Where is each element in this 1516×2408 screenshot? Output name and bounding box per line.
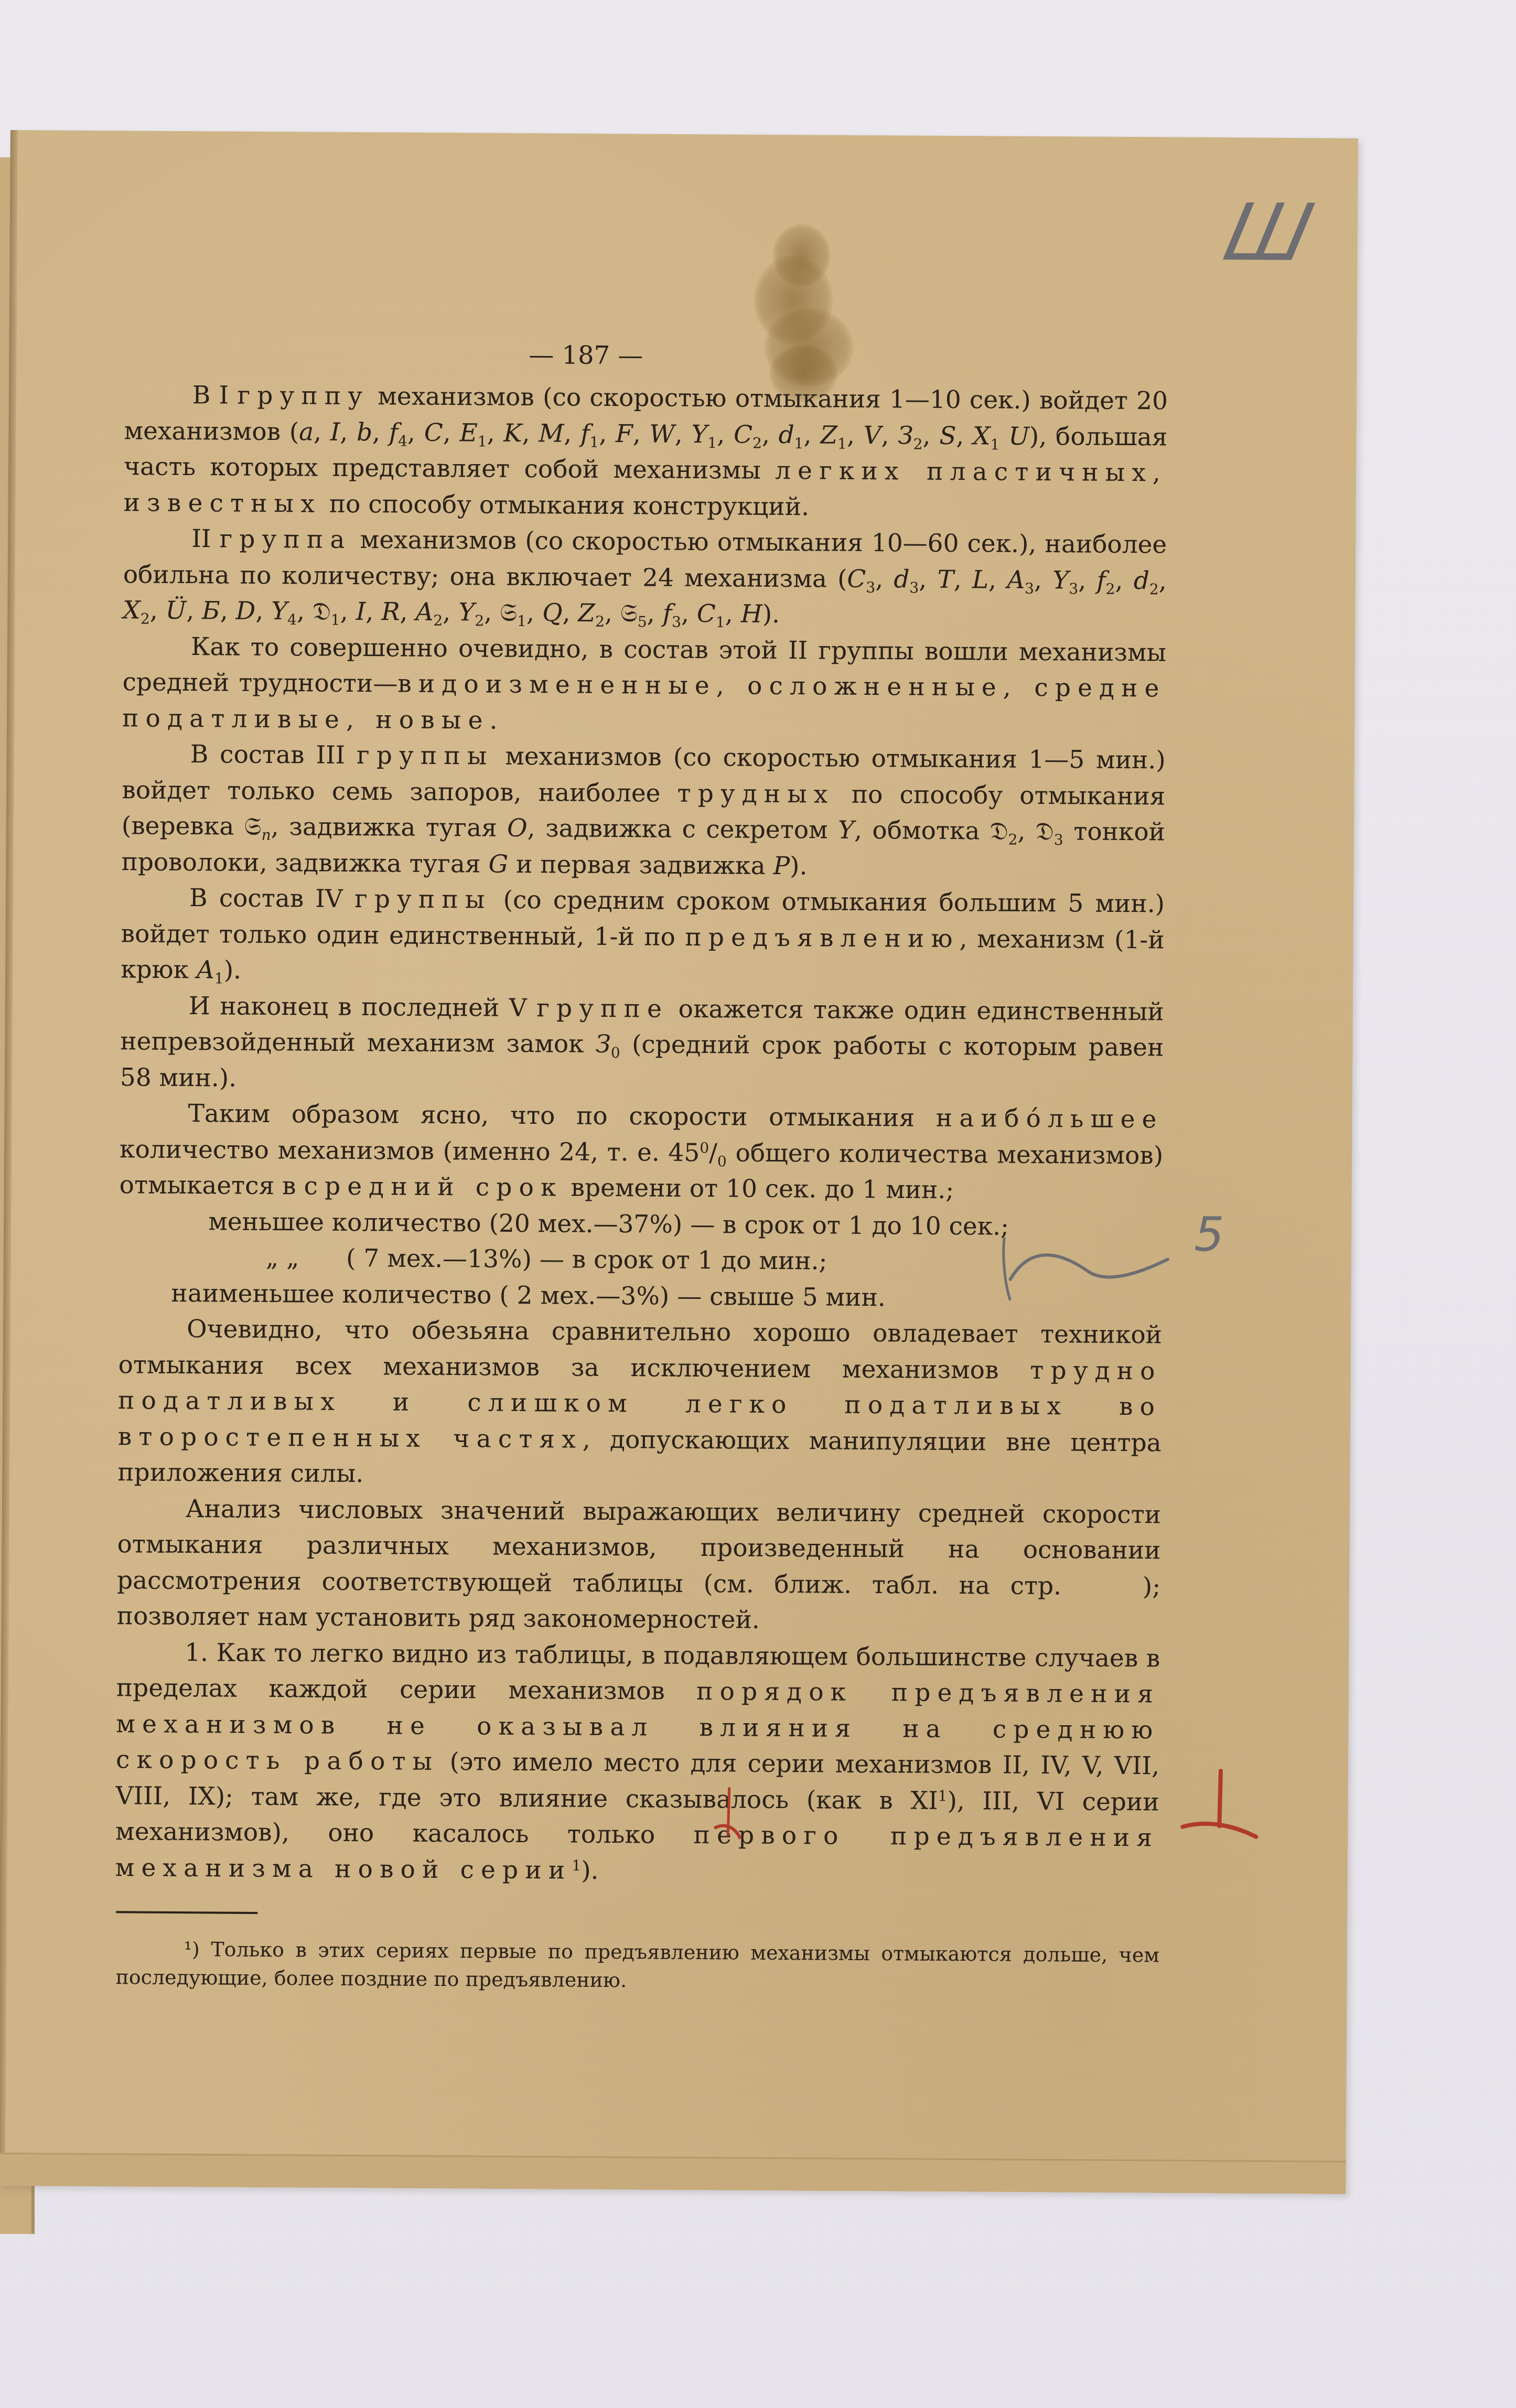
footnote: ¹) Только в этих сериях первые по предъя… <box>115 1934 1159 1997</box>
paragraph-group-2: II группа механизмов (со скоростью отмык… <box>123 521 1167 635</box>
red-inline-mark-icon <box>708 1786 750 1844</box>
footnote-text: ¹) Только в этих сериях первые по предъя… <box>115 1934 1159 1997</box>
paragraph-point-1: 1. Как то легко видно из таблицы, в пода… <box>115 1635 1160 1893</box>
paragraph-summary: Таким образом ясно, что по скорости отмы… <box>120 1095 1164 1210</box>
pencil-annotation-margin: 5 <box>1194 1207 1224 1262</box>
paragraph-group-1: В I группу механизмов (со скоростью отмы… <box>123 377 1168 527</box>
paragraph-group-3: В состав III группы механизмов (со скоро… <box>121 736 1166 886</box>
paragraph-group-5: И наконец в последней V группе окажется … <box>120 988 1164 1102</box>
pencil-bracket-icon <box>999 1222 1220 1307</box>
paragraph-group-4: В состав IV группы (со средним сроком от… <box>121 880 1165 994</box>
paragraph-analysis: Анализ числовых значений выражающих вели… <box>116 1491 1161 1641</box>
pencil-annotation-top: Ш <box>1217 187 1320 279</box>
document-page: — 187 — В I группу механизмов (со скорос… <box>0 130 1358 2194</box>
paragraph-conclusion: Очевидно, что обезьяна сравнительно хоро… <box>117 1311 1162 1497</box>
paragraph-group-2-note: Как то совершенно очевидно, в состав это… <box>122 629 1166 743</box>
red-pencil-mark-icon <box>1177 1768 1262 1847</box>
footnote-separator <box>116 1911 257 1914</box>
body-text: В I группу механизмов (со скоростью отмы… <box>115 377 1168 1892</box>
page-number: — 187 — <box>481 340 691 370</box>
